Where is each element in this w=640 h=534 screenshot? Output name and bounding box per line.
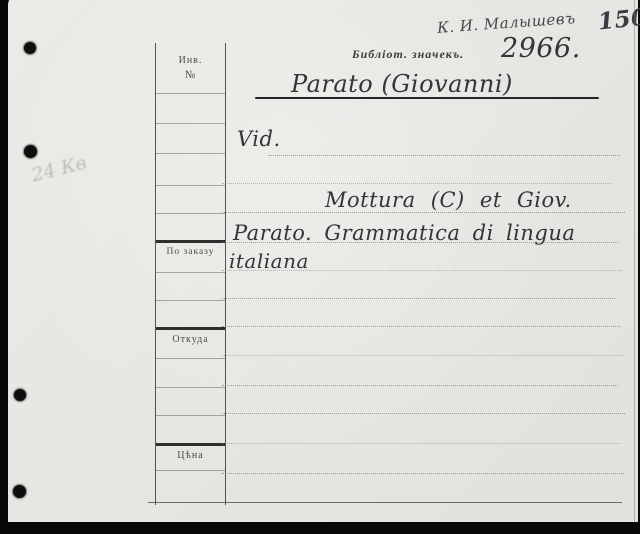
scan-border-bottom <box>0 522 640 534</box>
column-divider-thin <box>156 185 225 186</box>
column-divider-thin <box>156 272 225 273</box>
dotted-writing-rule <box>222 298 615 299</box>
column-divider-thin <box>156 213 225 214</box>
column-divider-thick <box>156 443 225 446</box>
dotted-writing-rule <box>222 183 612 184</box>
label-price: Цѣна <box>156 450 225 461</box>
inventory-column: Инв. № По заказу Откуда Цѣна <box>155 43 226 505</box>
scanned-catalog-card: К. И. Малышевъ 150 Библіот. значекъ. 296… <box>0 0 640 534</box>
column-divider-thick <box>156 240 225 243</box>
column-divider-thin <box>156 358 225 359</box>
pencil-note: 24 Кв <box>29 152 89 187</box>
dotted-writing-rule <box>222 270 622 271</box>
column-divider-thin <box>156 153 225 154</box>
label-by-order: По заказу <box>156 247 225 257</box>
heading-underline <box>255 97 599 99</box>
column-divider-thin <box>156 93 225 94</box>
dotted-writing-rule <box>268 155 620 156</box>
accession-number: 2966. <box>501 33 581 64</box>
scan-border-top-left <box>0 0 9 34</box>
column-divider-thick <box>156 327 225 330</box>
card-paper: К. И. Малышевъ 150 Библіот. значекъ. 296… <box>7 0 638 523</box>
label-inventory-line2: № <box>156 69 225 81</box>
dotted-writing-rule <box>222 385 618 386</box>
see-reference: Vid. <box>237 127 281 151</box>
dotted-writing-rule <box>222 212 625 213</box>
printed-label-bibliot-znachek: Библіот. значекъ. <box>352 47 464 62</box>
dotted-writing-rule <box>222 473 624 474</box>
dotted-writing-rule <box>222 242 618 243</box>
column-divider-thin <box>156 415 225 416</box>
punch-hole <box>13 485 26 498</box>
punch-hole <box>24 145 37 158</box>
dotted-writing-rule <box>222 326 620 327</box>
punch-hole <box>14 389 26 401</box>
dotted-writing-rule <box>222 443 620 444</box>
label-from-where: Откуда <box>156 334 225 345</box>
body-line-1: Mottura (C) et Giov. <box>325 188 572 212</box>
punch-hole <box>24 42 36 54</box>
dotted-writing-rule <box>222 413 625 414</box>
form-bottom-line <box>148 502 622 503</box>
card-heading-author: Parato (Giovanni) <box>291 70 513 98</box>
column-divider-thin <box>156 123 225 124</box>
column-divider-thin <box>156 387 225 388</box>
paper-right-edge <box>634 0 635 523</box>
dotted-writing-rule <box>222 355 623 356</box>
label-inventory-line1: Инв. <box>156 55 225 66</box>
column-divider-thin <box>156 300 225 301</box>
column-divider-thin <box>156 470 225 471</box>
scan-border-left <box>0 0 8 534</box>
